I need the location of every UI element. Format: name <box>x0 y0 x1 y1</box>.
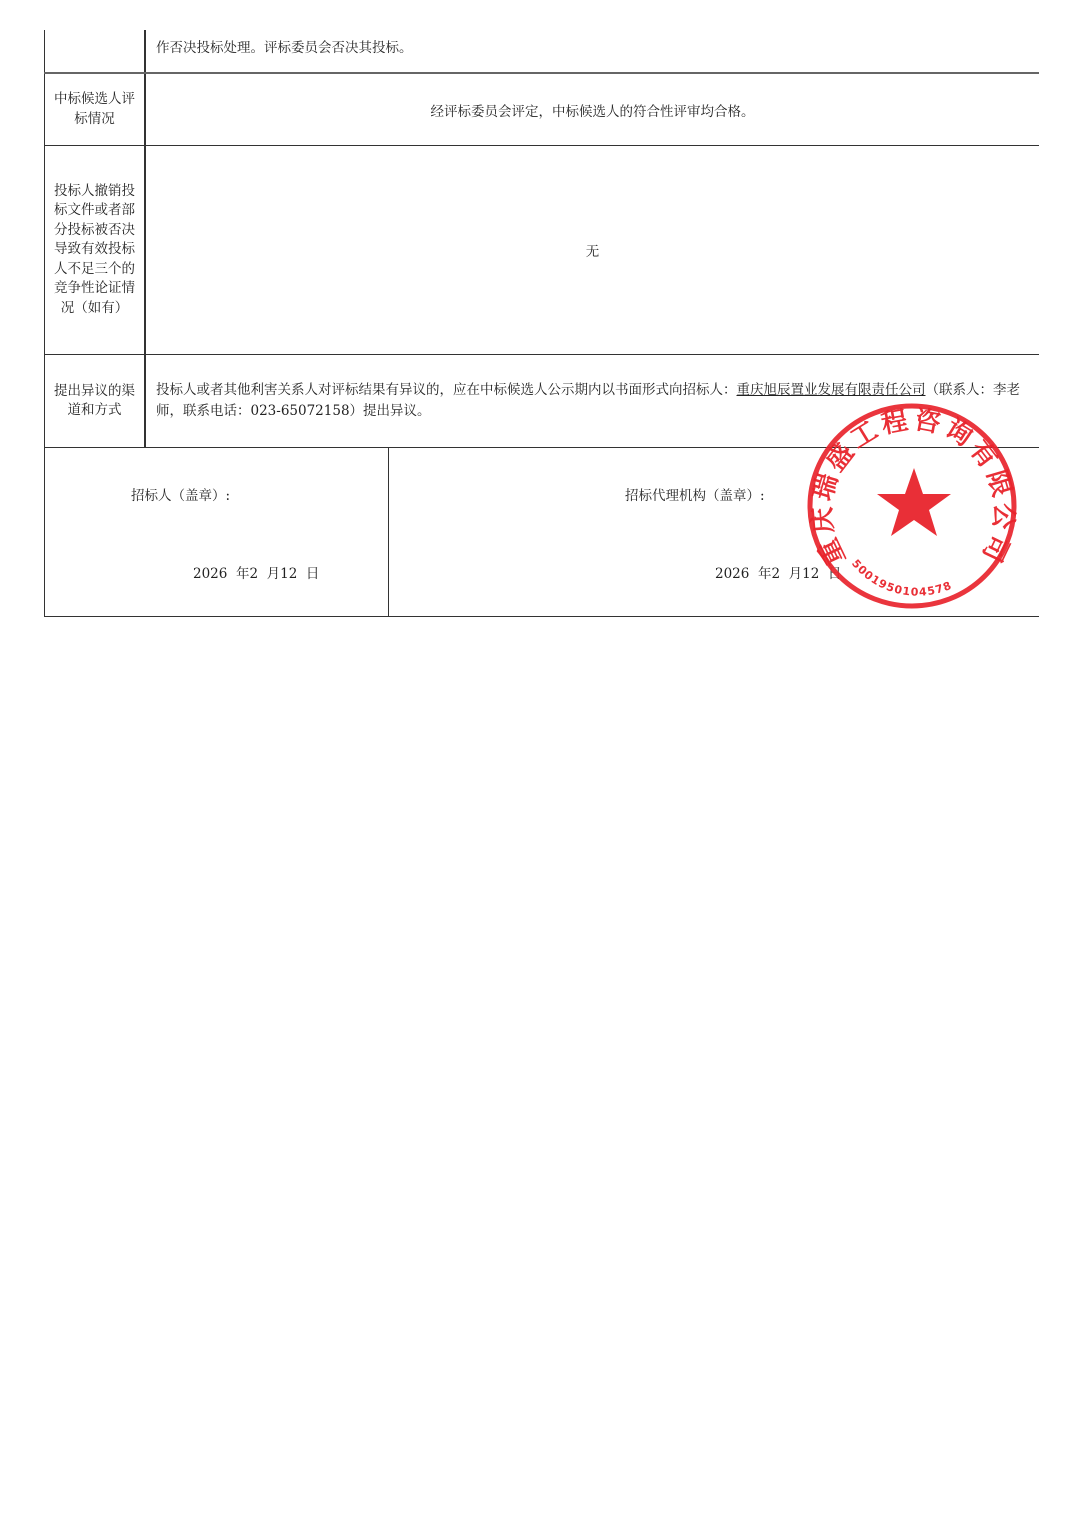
signature-row: 招标人（盖章）: 2026 年2 月12 日 招标代理机构（盖章）: 2026 … <box>44 448 1039 617</box>
row-continuation-label <box>44 30 146 72</box>
bid-result-table: 作否决投标处理。评标委员会否决其投标。 中标候选人评标情况 经评标委员会评定，中… <box>44 30 1039 617</box>
agency-seal-label: 招标代理机构（盖章）: <box>625 484 765 504</box>
row-objection: 提出异议的渠道和方式 投标人或者其他利害关系人对评标结果有异议的，应在中标候选人… <box>44 355 1039 448</box>
row-evaluation-label: 中标候选人评标情况 <box>44 74 146 145</box>
row-withdrawal: 投标人撤销投标文件或者部分投标被否决导致有效投标人不足三个的竞争性论证情况（如有… <box>44 146 1039 355</box>
row-evaluation-text: 经评标委员会评定，中标候选人的符合性评审均合格。 <box>146 74 1039 145</box>
row-withdrawal-label: 投标人撤销投标文件或者部分投标被否决导致有效投标人不足三个的竞争性论证情况（如有… <box>44 146 146 354</box>
row-continuation-text: 作否决投标处理。评标委员会否决其投标。 <box>146 30 1039 72</box>
row-evaluation: 中标候选人评标情况 经评标委员会评定，中标候选人的符合性评审均合格。 <box>44 74 1039 146</box>
agency-date: 2026 年2 月12 日 <box>715 562 841 582</box>
tenderer-seal-label: 招标人（盖章）: <box>131 484 230 504</box>
tenderer-date: 2026 年2 月12 日 <box>193 562 319 582</box>
row-objection-content: 投标人或者其他利害关系人对评标结果有异议的，应在中标候选人公示期内以书面形式向招… <box>146 355 1039 447</box>
row-withdrawal-text: 无 <box>146 146 1039 354</box>
row-continuation: 作否决投标处理。评标委员会否决其投标。 <box>44 30 1039 74</box>
row-objection-label: 提出异议的渠道和方式 <box>44 355 146 447</box>
tenderer-signature-cell: 招标人（盖章）: 2026 年2 月12 日 <box>45 448 389 616</box>
tenderer-name: 重庆旭辰置业发展有限责任公司 <box>737 382 926 398</box>
objection-text-before: 投标人或者其他利害关系人对评标结果有异议的，应在中标候选人公示期内以书面形式向招… <box>156 382 737 398</box>
agency-signature-cell: 招标代理机构（盖章）: 2026 年2 月12 日 <box>389 448 1039 616</box>
